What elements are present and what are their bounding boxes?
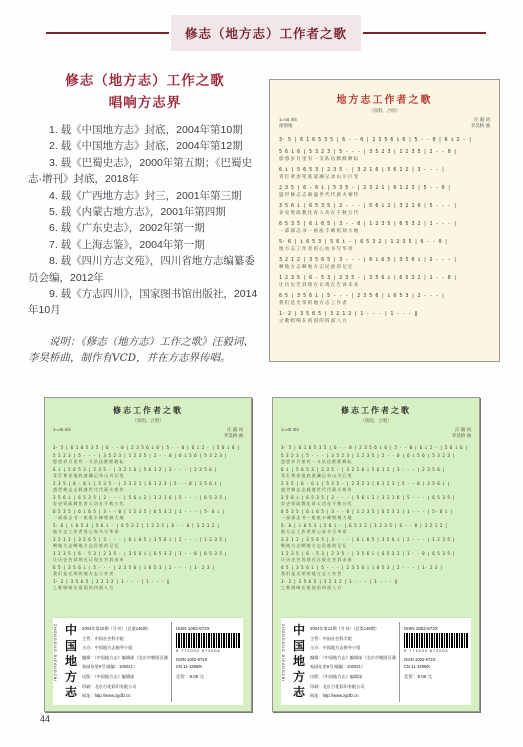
- price-label: 定价：8.00 元: [176, 674, 240, 680]
- running-head: 修志（地方志）工作者之歌: [46, 15, 486, 51]
- journal-brand: ZHONGGUO DIFANGZHI 中国地方志: [284, 622, 310, 702]
- score-title: 修志工作者之歌: [281, 405, 471, 416]
- lyric-row: 地 方 志 工 作 者 用 心 血 书 写 华 章: [53, 529, 243, 535]
- score-title: 修志工作者之歌: [53, 405, 243, 416]
- lyric-row: 悠 悠 岁 月 里 有 一 支 队 伍 默 默 耕 耘: [53, 459, 243, 465]
- score-composer: 李昊桥 曲: [224, 433, 243, 439]
- lyric-row: 一 部 部 志 书 一 座 座 丰 碑 铭 刻 大 地: [279, 228, 490, 234]
- journal-brand-pinyin: ZHONGGUO DIFANGZHI: [53, 624, 57, 682]
- score-meta: 1=♭B 4/4 汪 毅 词 李昊桥 曲: [281, 427, 471, 438]
- score-credits: 汪 毅 词 李昊桥 曲: [452, 427, 471, 438]
- score-credits: 汪 毅 词 李昊桥 曲: [224, 427, 243, 438]
- list-item: 7. 载《上海志鉴》，2004年第一期: [28, 237, 262, 253]
- list-item: 1. 载《中国地方志》封底，2004年第10期: [28, 122, 262, 138]
- score-composer: 李昊桥 曲: [452, 433, 471, 439]
- sheet-music-image-backcover-issue10: 修志工作者之歌 （领唱、合唱） 1=♭B 4/4 汪 毅 词 李昊桥 曲 3· …: [44, 397, 252, 712]
- lyric-row: 地 方 志 工 作 者 用 心 血 书 写 华 章: [281, 529, 471, 535]
- score-lyricist: 汪 毅 词: [224, 427, 243, 433]
- score-meta: 1=♭B 4/4 深情地 汪 毅 词 李昊桥 曲: [279, 117, 490, 128]
- book-page: { "header": { "title": "修志（地方志）工作者之歌" },…: [0, 0, 523, 747]
- lyric-row: 存 史 资 政 教 化 育 人 功 在 千 秋 万 代: [281, 501, 471, 507]
- notation-row: 2 3 5 | 6 - 6 i | 5 3 5 - | 2 3 2 1 | 6 …: [279, 185, 490, 192]
- list-item: 9. 载《方志四川》，国家图书馆出版社，2014年10月: [28, 286, 262, 319]
- lyric-row: 啊 地 方 志 啊 地 方 志 民 族 的 记 忆: [53, 543, 243, 549]
- lyric-row: 让 历 史 告 诉 现 在 让 现 在 告 诉 未 来: [53, 557, 243, 563]
- notation-row: 1 2 3 5 | 6 - 5 3 | 2 3 5 - | 3 5 6 i | …: [279, 275, 490, 282]
- lyric-row: 我 们 是 光 荣 的 地 方 志 工 作 者: [279, 300, 490, 306]
- publication-list: 1. 载《中国地方志》封底，2004年第10期 2. 载《中国地方志》封底，20…: [28, 122, 262, 319]
- barcode-image: [176, 633, 240, 648]
- notation-row: 6 i | 5 6 5 3 | 2 3 5 - | 3 2 1 6 | 5 6 …: [279, 167, 490, 174]
- notation-row: 3 2 1 2 | 3 5 6 5 | 3 - - - | 6 i 6 5 | …: [279, 257, 490, 264]
- journal-imprint-info: 2004年第10期（月刊）（总第146期） 主管：中国社会科学院 主办：中国地方…: [82, 622, 171, 702]
- journal-brand-logotype: 中国地方志: [65, 623, 79, 701]
- running-head-rule-right: [363, 32, 486, 34]
- page-number: 44: [40, 714, 50, 724]
- issn-label: ISSN 1002-672X: [176, 626, 240, 631]
- article-column: 修志（地方志）工作之歌 唱响方志界 1. 载《中国地方志》封底，2004年第10…: [28, 70, 262, 366]
- article-title-line2: 唱响方志界: [28, 92, 262, 114]
- notation-row: 6 5 3 5 | 6 i 6 5 | 3 - - 0 | 1 2 3 5 | …: [279, 221, 490, 228]
- lyric-row: 啊 地 方 志 啊 地 方 志 民 族 的 记 忆: [279, 264, 490, 270]
- barcode-image: [404, 633, 468, 648]
- sheet-music-image-backcover-issue12: 修志工作者之歌 （领唱、合唱） 1=♭B 4/4 汪 毅 词 李昊桥 曲 3· …: [272, 397, 480, 712]
- journal-brand: ZHONGGUO DIFANGZHI 中国地方志: [56, 622, 82, 702]
- notation-row: 3 5 6 i | 6 5 3 5 | 2 - - - | 5 6 i 2 | …: [279, 203, 490, 210]
- journal-masthead: ZHONGGUO DIFANGZHI 中国地方志 2004年第12期（月刊）（总…: [281, 617, 471, 705]
- list-item: 4. 载《广西地方志》封三，2001年第三期: [28, 188, 262, 204]
- journal-brand-pinyin: ZHONGGUO DIFANGZHI: [281, 624, 285, 682]
- article-title-line1: 修志（地方志）工作之歌: [28, 70, 262, 92]
- list-item: 2. 载《中国地方志》封底，2004年第12期: [28, 138, 262, 154]
- journal-imprint-info: 2004年第12期（月刊）（总第148期） 主管：中国社会科学院 主办：中国地方…: [310, 622, 399, 702]
- running-head-title: 修志（地方志）工作者之歌: [171, 15, 361, 51]
- article-note: 说明：《修志（地方志）工作之歌》汪毅词、李昊桥曲，制作有VCD，并在方志界传唱。: [28, 334, 262, 366]
- barcode-digits: 9 771002 672004: [176, 649, 240, 653]
- score-lyricist: 汪 毅 词: [452, 427, 471, 433]
- issn-cn-numbers: ISSN 1002-672X CN 11-1395/K: [176, 657, 240, 670]
- score-subtitle: （领唱、合唱）: [53, 418, 243, 424]
- issn-cn-numbers: ISSN 1002-672X CN 11-1395/K: [404, 657, 468, 670]
- notation-row: 6 5 | 3 5 6 i | 5 - - - | 2 3 5 6 | i 6 …: [279, 293, 490, 300]
- barcode-digits: 9 771002 672004: [404, 649, 468, 653]
- score-subtitle: （领唱、合唱）: [279, 108, 490, 114]
- lyric-row: 之 歌 唱 响 在 祖 国 的 四 面 八 方: [281, 585, 471, 591]
- lyric-row: 一 部 部 志 书 一 座 座 丰 碑 铭 刻 大 地: [53, 515, 243, 521]
- article-title: 修志（地方志）工作之歌 唱响方志界: [28, 70, 262, 114]
- lyric-row: 青 灯 黄 卷 笔 底 波 澜 记 录 山 川 巨 变: [281, 473, 471, 479]
- sheet-music-image-main: 地方志工作者之歌 （领唱、合唱） 1=♭B 4/4 深情地 汪 毅 词 李昊桥 …: [269, 79, 500, 362]
- lyric-row: 青 灯 黄 卷 笔 底 波 澜 记 录 山 川 巨 变: [279, 174, 490, 180]
- score-key-signature: 1=♭B 4/4 深情地: [279, 117, 297, 128]
- lyric-row: 我 们 是 光 荣 的 地 方 志 工 作 者: [281, 571, 471, 577]
- lyric-row: 一 部 部 志 书 一 座 座 丰 碑 铭 刻 大 地: [281, 515, 471, 521]
- score-key-signature: 1=♭B 4/4: [281, 427, 299, 438]
- notation-row: 3· 5 | 6 1 6 5 3 5 | 6 - - 0 | 2 3 5 6 i…: [281, 445, 471, 451]
- lyric-row: 悠 悠 岁 月 里 有 一 支 队 伍 默 默 耕 耘: [281, 459, 471, 465]
- list-item: 5. 载《内蒙古地方志》，2001年第四期: [28, 204, 262, 220]
- list-item: 8. 载《四川方志文苑》，四川省地方志编纂委员会编，2012年: [28, 253, 262, 286]
- lyric-row: 青 灯 黄 卷 笔 底 波 澜 记 录 山 川 巨 变: [53, 473, 243, 479]
- list-item: 6. 载《广东史志》，2002年第一期: [28, 220, 262, 236]
- notation-row: 5 6 i 6 | 5 3 2 3 | 5 - - - | 3 5 2 3 | …: [279, 149, 490, 156]
- issn-barcode-block: ISSN 1002-672X 9 771002 672004 ISSN 1002…: [399, 622, 468, 702]
- lyric-row: 盛 世 修 志 志 载 盛 世 代 代 薪 火 相 传: [279, 192, 490, 198]
- journal-brand-logotype: 中国地方志: [293, 623, 307, 701]
- score-title: 地方志工作者之歌: [279, 91, 490, 106]
- lyric-row: 存 史 资 政 教 化 育 人 功 在 千 秋 万 代: [279, 210, 490, 216]
- issn-barcode-block: ISSN 1002-672X 9 771002 672004 ISSN 1002…: [171, 622, 240, 702]
- price-label: 定价：8.00 元: [404, 674, 468, 680]
- lyric-row: 盛 世 修 志 志 载 盛 世 代 代 薪 火 相 传: [281, 487, 471, 493]
- running-head-rule-left: [46, 32, 169, 34]
- lyric-row: 之 歌 唱 响 在 祖 国 的 四 面 八 方: [279, 318, 490, 324]
- score-key-signature: 1=♭B 4/4: [53, 427, 71, 438]
- score-subtitle: （领唱、合唱）: [281, 418, 471, 424]
- issn-label: ISSN 1002-672X: [404, 626, 468, 631]
- lyric-row: 让 历 史 告 诉 现 在 让 现 在 告 诉 未 来: [279, 282, 490, 288]
- notation-row: 1· 2 | 3 5 6 5 | 3 2 1 2 | 1 - - - | 1 -…: [279, 311, 490, 318]
- lyric-row: 让 历 史 告 诉 现 在 让 现 在 告 诉 未 来: [281, 557, 471, 563]
- lyric-row: 之 歌 唱 响 在 祖 国 的 四 面 八 方: [53, 585, 243, 591]
- score-lyricist: 汪 毅 词: [471, 117, 490, 123]
- notation-row: 3· 5 | 6 1 6 5 3 5 | 6 - - 0 | 2 3 5 6 i…: [279, 137, 490, 144]
- lyric-row: 悠 悠 岁 月 里 有 一 支 队 伍 默 默 耕 耘: [279, 156, 490, 162]
- lyric-row: 我 们 是 光 荣 的 地 方 志 工 作 者: [53, 571, 243, 577]
- lyric-row: 地 方 志 工 作 者 用 心 血 书 写 华 章: [279, 246, 490, 252]
- score-meta: 1=♭B 4/4 汪 毅 词 李昊桥 曲: [53, 427, 243, 438]
- lyric-row: 啊 地 方 志 啊 地 方 志 民 族 的 记 忆: [281, 543, 471, 549]
- notation-row: 5· 6 | i 6 5 3 | 5 6 i - | 6 5 3 2 | 1 2…: [279, 239, 490, 246]
- lyric-row: 盛 世 修 志 志 载 盛 世 代 代 薪 火 相 传: [53, 487, 243, 493]
- score-composer: 李昊桥 曲: [471, 123, 490, 129]
- lyric-row: 存 史 资 政 教 化 育 人 功 在 千 秋 万 代: [53, 501, 243, 507]
- score-credits: 汪 毅 词 李昊桥 曲: [471, 117, 490, 128]
- notation-row: 3· 5 | 6 1 6 5 3 5 | 6 - - 0 | 2 3 5 6 i…: [53, 445, 243, 451]
- journal-masthead: ZHONGGUO DIFANGZHI 中国地方志 2004年第10期（月刊）（总…: [53, 617, 243, 705]
- list-item: 3. 载《巴蜀史志》，2000年第五期；《巴蜀史志·增刊》封底，2018年: [28, 155, 262, 188]
